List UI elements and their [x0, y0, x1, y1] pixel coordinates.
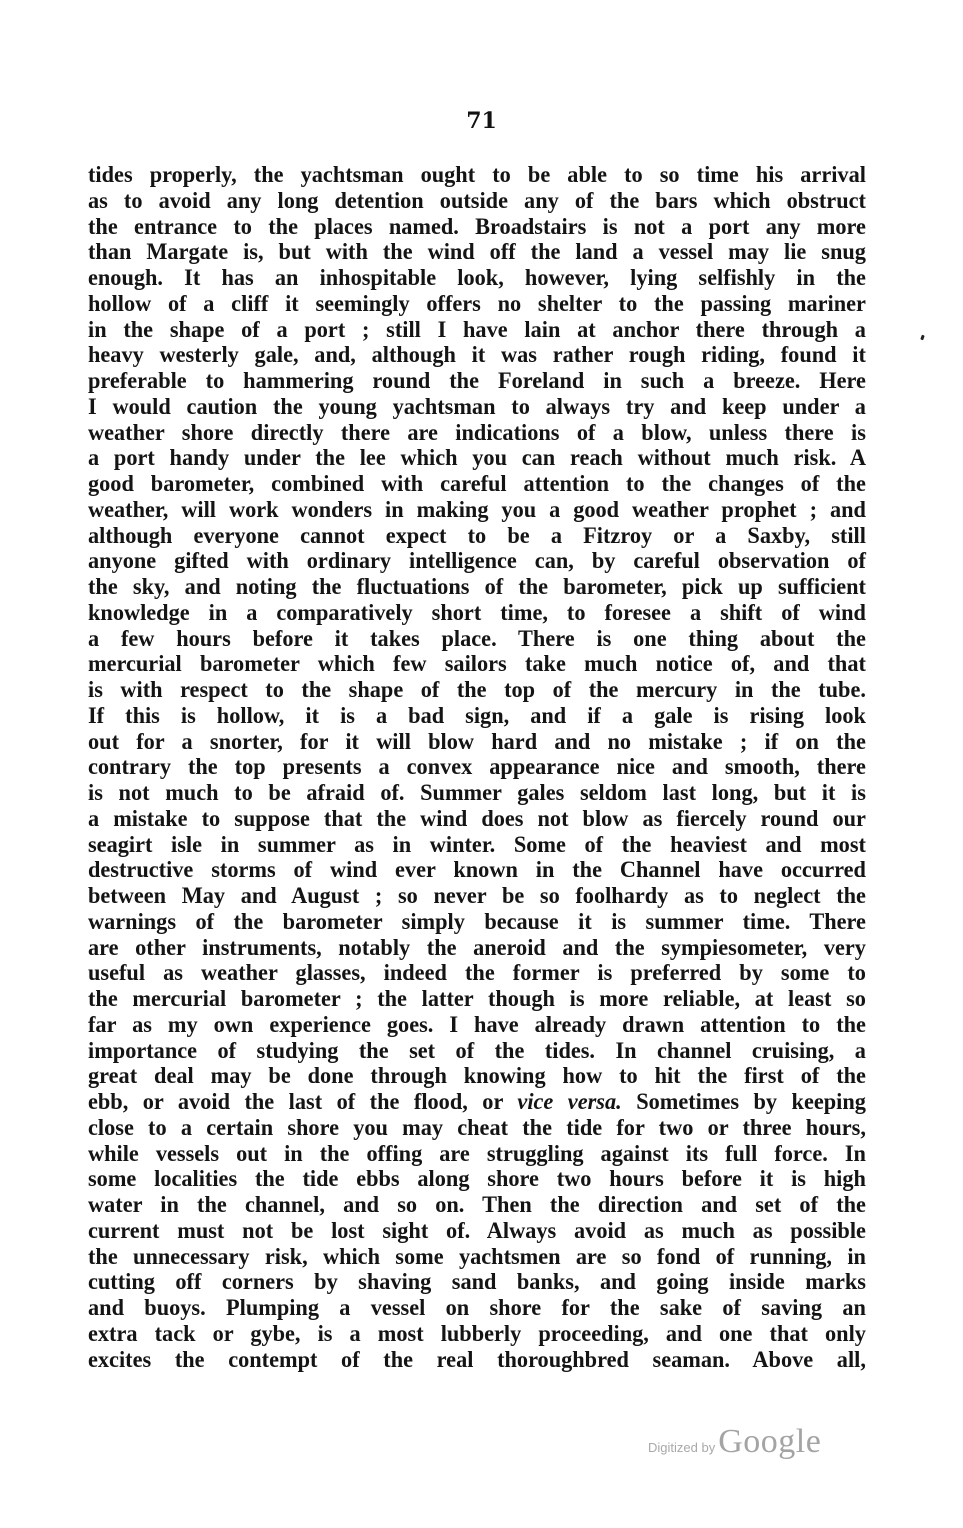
- text-line: tides properly, the yachtsman ought to b…: [88, 162, 866, 188]
- text-line: and buoys. Plumping a vessel on shore fo…: [88, 1295, 866, 1321]
- text-line: far as my own experience goes. I have al…: [88, 1012, 866, 1038]
- text-line: cutting off corners by shaving sand bank…: [88, 1269, 866, 1295]
- text-line: enough. It has an inhospitable look, how…: [88, 265, 866, 291]
- text-line: out for a snorter, for it will blow hard…: [88, 729, 866, 755]
- text-line: water in the channel, and so on. Then th…: [88, 1192, 866, 1218]
- text-line: although everyone cannot expect to be a …: [88, 523, 866, 549]
- text-line: heavy westerly gale, and, although it wa…: [88, 342, 866, 368]
- text-line: the mercurial barometer ; the latter tho…: [88, 986, 866, 1012]
- text-line: contrary the top presents a convex appea…: [88, 754, 866, 780]
- text-line: between May and August ; so never be so …: [88, 883, 866, 909]
- text-line: seagirt isle in summer as in winter. Som…: [88, 832, 866, 858]
- text-line: If this is hollow, it is a bad sign, and…: [88, 703, 866, 729]
- text-line: extra tack or gybe, is a most lubberly p…: [88, 1321, 866, 1347]
- text-line: good barometer, combined with careful at…: [88, 471, 866, 497]
- text-line: mercurial barometer which few sailors ta…: [88, 651, 866, 677]
- text-line: is with respect to the shape of the top …: [88, 677, 866, 703]
- text-line: a mistake to suppose that the wind does …: [88, 806, 866, 832]
- text-line: knowledge in a comparatively short time,…: [88, 600, 866, 626]
- italic-phrase: vice versa.: [517, 1089, 621, 1114]
- text-line: anyone gifted with ordinary intelligence…: [88, 548, 866, 574]
- text-line: excites the contempt of the real thoroug…: [88, 1347, 866, 1373]
- text-line: than Margate is, but with the wind off t…: [88, 239, 866, 265]
- text-line: while vessels out in the offing are stru…: [88, 1141, 866, 1167]
- text-line: a few hours before it takes place. There…: [88, 626, 866, 652]
- text-line: current must not be lost sight of. Alway…: [88, 1218, 866, 1244]
- text-line: as to avoid any long detention outside a…: [88, 188, 866, 214]
- text-line: importance of studying the set of the ti…: [88, 1038, 866, 1064]
- text-line: weather shore directly there are indicat…: [88, 420, 866, 446]
- text-line: ebb, or avoid the last of the flood, or …: [88, 1089, 866, 1115]
- text-line: great deal may be done through knowing h…: [88, 1063, 866, 1089]
- digitized-by-google-watermark: Digitized by Google: [648, 1423, 821, 1461]
- body-text: tides properly, the yachtsman ought to b…: [88, 162, 866, 1372]
- text-line: close to a certain shore you may cheat t…: [88, 1115, 866, 1141]
- text-line: destructive storms of wind ever known in…: [88, 857, 866, 883]
- text-line: some localities the tide ebbs along shor…: [88, 1166, 866, 1192]
- watermark-prefix: Digitized by: [648, 1440, 715, 1455]
- google-logo-text: Google: [718, 1423, 821, 1461]
- text-line: the sky, and noting the fluctuations of …: [88, 574, 866, 600]
- text-line: the entrance to the places named. Broads…: [88, 214, 866, 240]
- text-line: useful as weather glasses, indeed the fo…: [88, 960, 866, 986]
- text-line: are other instruments, notably the anero…: [88, 935, 866, 961]
- text-line: I would caution the young yachtsman to a…: [88, 394, 866, 420]
- text-line: weather, will work wonders in making you…: [88, 497, 866, 523]
- text-line: is not much to be afraid of. Summer gale…: [88, 780, 866, 806]
- text-line: in the shape of a port ; still I have la…: [88, 317, 866, 343]
- text-line: the unnecessary risk, which some yachtsm…: [88, 1244, 866, 1270]
- text-line: hollow of a cliff it seemingly offers no…: [88, 291, 866, 317]
- scan-speck: [920, 335, 925, 341]
- text-line: a port handy under the lee which you can…: [88, 445, 866, 471]
- page-number: 71: [0, 108, 963, 134]
- text-line: warnings of the barometer simply because…: [88, 909, 866, 935]
- text-line: preferable to hammering round the Forela…: [88, 368, 866, 394]
